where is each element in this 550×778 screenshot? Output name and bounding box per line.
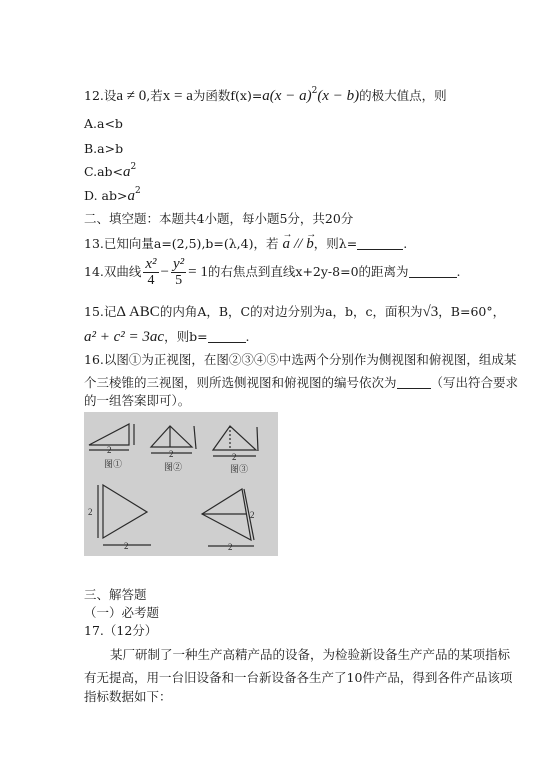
question-16-line-3: 的一组答案即可）。 <box>84 393 190 409</box>
svg-text:2: 2 <box>232 452 237 462</box>
answer-blank <box>208 330 246 343</box>
svg-text:2: 2 <box>124 541 129 551</box>
option-c: C.ab<a2 <box>84 164 136 180</box>
option-a: A.a<b <box>84 116 123 132</box>
svg-text:2: 2 <box>107 445 112 455</box>
vector-b: →b <box>306 236 314 252</box>
fraction: y²5 <box>171 256 186 289</box>
vector-a: →a <box>282 236 290 252</box>
question-17-line-1: 某厂研制了一种生产高精产品的设备，为检验新设备生产产品的某项指标 <box>84 647 510 663</box>
answer-blank <box>397 376 431 389</box>
question-13: 13.已知向量a=(2,5),b=(λ,4)，若 →a // →b，则λ=. <box>84 236 407 252</box>
question-14: 14.双曲线x²4−y²5= 1的右焦点到直线x+2y-8=0的距离为. <box>84 256 461 289</box>
question-12-stem: 12.设a ≠ 0,若x = a为函数f(x)=a(x − a)2(x − b)… <box>84 88 447 104</box>
svg-text:图③: 图③ <box>230 464 248 474</box>
svg-text:图②: 图② <box>164 462 182 472</box>
section-3-subheading: （一）必考题 <box>84 605 159 621</box>
arrow-icon: → <box>282 227 292 243</box>
question-16-line-2: 个三棱锥的三视图，则所选侧视图和俯视图的编号依次为（写出符合要求 <box>84 375 518 391</box>
arrow-icon: → <box>306 227 316 243</box>
option-b: B.a>b <box>84 141 123 157</box>
three-view-diagram: 2 2 2 2 2 2 2 图① 图② 图③ <box>84 412 278 556</box>
question-16-line-1: 16.以图①为正视图，在图②③④⑤中选两个分别作为侧视图和俯视图，组成某 <box>84 352 516 368</box>
svg-text:2: 2 <box>88 507 93 517</box>
question-17-line-2: 有无提高，用一台旧设备和一台新设备各生产了10件产品，得到各件产品该项 <box>84 670 512 686</box>
fraction: x²4 <box>143 256 158 289</box>
question-15-line-2: a² + c² = 3ac，则b=. <box>84 329 250 345</box>
svg-text:2: 2 <box>228 542 233 552</box>
answer-blank <box>409 265 457 278</box>
section-2-heading: 二、填空题：本题共4小题，每小题5分，共20分 <box>84 211 353 227</box>
option-d: D. ab>a2 <box>84 188 141 204</box>
svg-text:2: 2 <box>250 510 255 520</box>
question-17-header: 17.（12分） <box>84 623 157 639</box>
question-17-line-3: 指标数据如下： <box>84 689 172 705</box>
section-3-heading: 三、解答题 <box>84 587 147 603</box>
svg-text:2: 2 <box>169 449 174 459</box>
question-15-line-1: 15.记Δ ABC的内角A，B，C的对边分别为a，b，c，面积为√3，B=60°… <box>84 304 505 320</box>
svg-text:图①: 图① <box>104 459 122 469</box>
three-view-figure: 2 2 2 2 2 2 2 图① 图② 图③ <box>84 412 278 556</box>
answer-blank <box>357 237 403 250</box>
